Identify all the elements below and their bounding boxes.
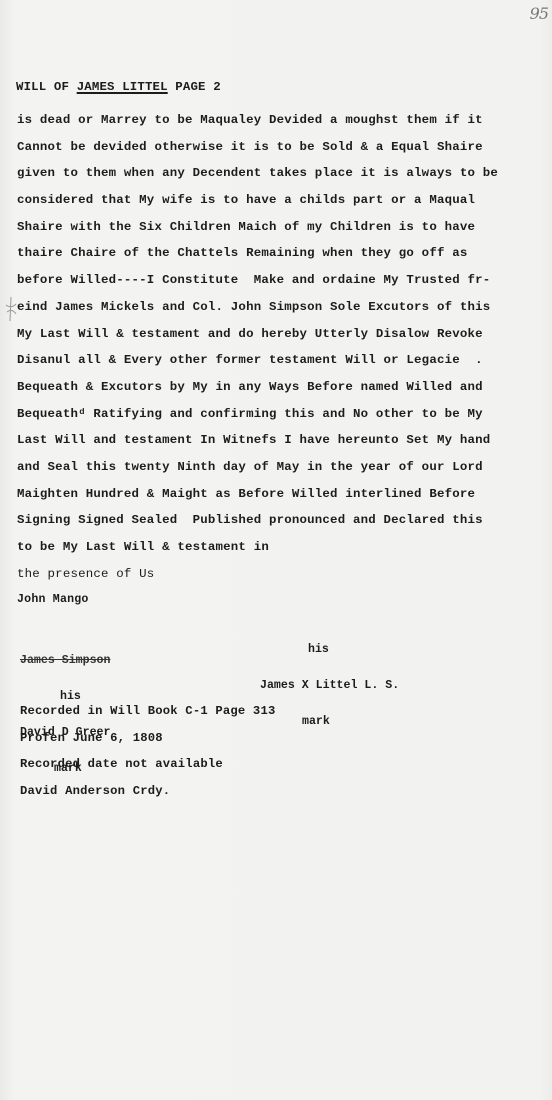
- his-label: his: [260, 644, 399, 656]
- witness-john-mango: John Mango: [17, 587, 498, 614]
- body-line: thaire Chaire of the Chattels Remaining …: [17, 240, 498, 267]
- heading-suffix: PAGE 2: [168, 80, 221, 94]
- body-line: My Last Will & testament and do hereby U…: [17, 321, 498, 348]
- mark-label: mark: [260, 716, 399, 728]
- document-heading: WILL OF JAMES LITTEL PAGE 2: [16, 80, 221, 94]
- struck-witness-name: James Simpson: [20, 655, 110, 667]
- testator-signature-block: his James X Littel L. S. mark: [260, 620, 399, 752]
- body-line: Signing Signed Sealed Published pronounc…: [17, 507, 498, 534]
- document-page: 95 WILL OF JAMES LITTEL PAGE 2 is dead o…: [0, 0, 552, 1100]
- body-line: before Willed----I Constitute Make and o…: [17, 267, 498, 294]
- body-line: eind James Mickels and Col. John Simpson…: [17, 294, 498, 321]
- page-number: 95: [530, 4, 548, 23]
- record-line: Recorded date not available: [20, 751, 275, 778]
- heading-prefix: WILL OF: [16, 80, 77, 94]
- body-line: considered that My wife is to have a chi…: [17, 187, 498, 214]
- body-line: Last Will and testament In Witnefs I hav…: [17, 427, 498, 454]
- body-line: Maighten Hundred & Maight as Before Will…: [17, 481, 498, 508]
- body-line: given to them when any Decendent takes p…: [17, 160, 498, 187]
- record-line: David Anderson Crdy.: [20, 778, 275, 805]
- body-line: Bequeathᵈ Ratifying and confirming this …: [17, 401, 498, 428]
- record-line: Profen June 6, 1808: [20, 725, 275, 752]
- testator-name: James X Littel L. S.: [260, 680, 399, 692]
- record-line: Recorded in Will Book C-1 Page 313: [20, 698, 275, 725]
- body-line: and Seal this twenty Ninth day of May in…: [17, 454, 498, 481]
- body-line: Disanul all & Every other former testame…: [17, 347, 498, 374]
- witness-intro-line: the presence of Us: [17, 561, 498, 588]
- probate-records: Recorded in Will Book C-1 Page 313 Profe…: [20, 698, 275, 804]
- heading-testator-name: JAMES LITTEL: [77, 80, 168, 94]
- will-body-text: is dead or Marrey to be Maqualey Devided…: [17, 107, 498, 614]
- body-line: is dead or Marrey to be Maqualey Devided…: [17, 107, 498, 134]
- body-line: to be My Last Will & testament in: [17, 534, 498, 561]
- margin-annotation-mark: [4, 296, 18, 322]
- body-line: Bequeath & Excutors by My in any Ways Be…: [17, 374, 498, 401]
- body-line: Cannot be devided otherwise it is to be …: [17, 134, 498, 161]
- body-line: Shaire with the Six Children Maich of my…: [17, 214, 498, 241]
